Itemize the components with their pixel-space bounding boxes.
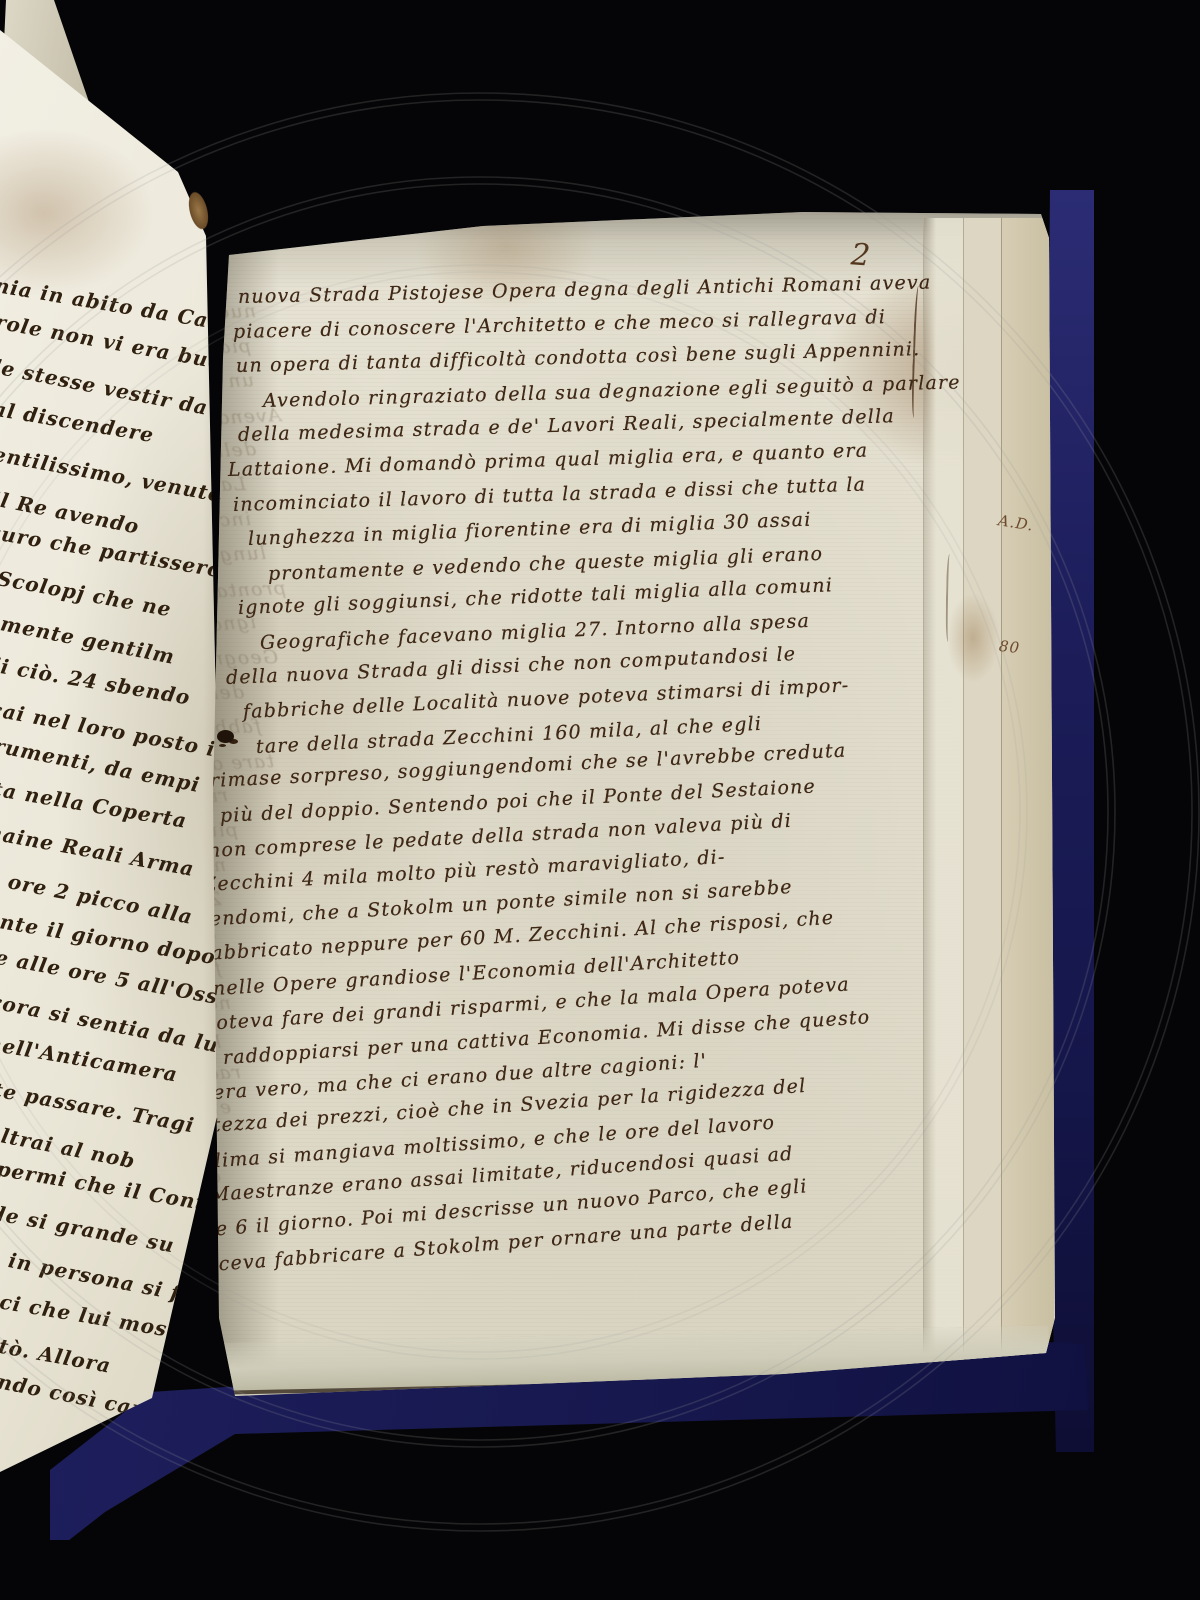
- page-number: 2: [850, 237, 871, 273]
- margin-ink-mark: [911, 286, 924, 418]
- manuscript-line: un opera di tanta difficoltà condotta co…: [236, 338, 921, 377]
- fore-edge-pages-2: [963, 218, 1002, 1368]
- margin-note-folio: 80: [998, 637, 1021, 657]
- fore-edge-pages-3: [1001, 218, 1054, 1368]
- manuscript-photo: mpagnia in abito da Caparole non vi era …: [0, 0, 1200, 1600]
- manuscript-line: lunghezza in miglia fiorentine era di mi…: [248, 509, 812, 550]
- manuscript-line: piacere di conoscere l'Architetto e che …: [233, 306, 886, 343]
- manuscript-line: della medesima strada e de' Lavori Reali…: [238, 406, 895, 447]
- manuscript-line: Lattaione. Mi domandò prima qual miglia …: [228, 439, 869, 481]
- right-page: nuova Strada Pistojese Opera degna degli…: [183, 198, 1057, 1408]
- left-page-line: seguitò. Allora: [0, 1322, 113, 1378]
- ink-blot: [217, 730, 234, 743]
